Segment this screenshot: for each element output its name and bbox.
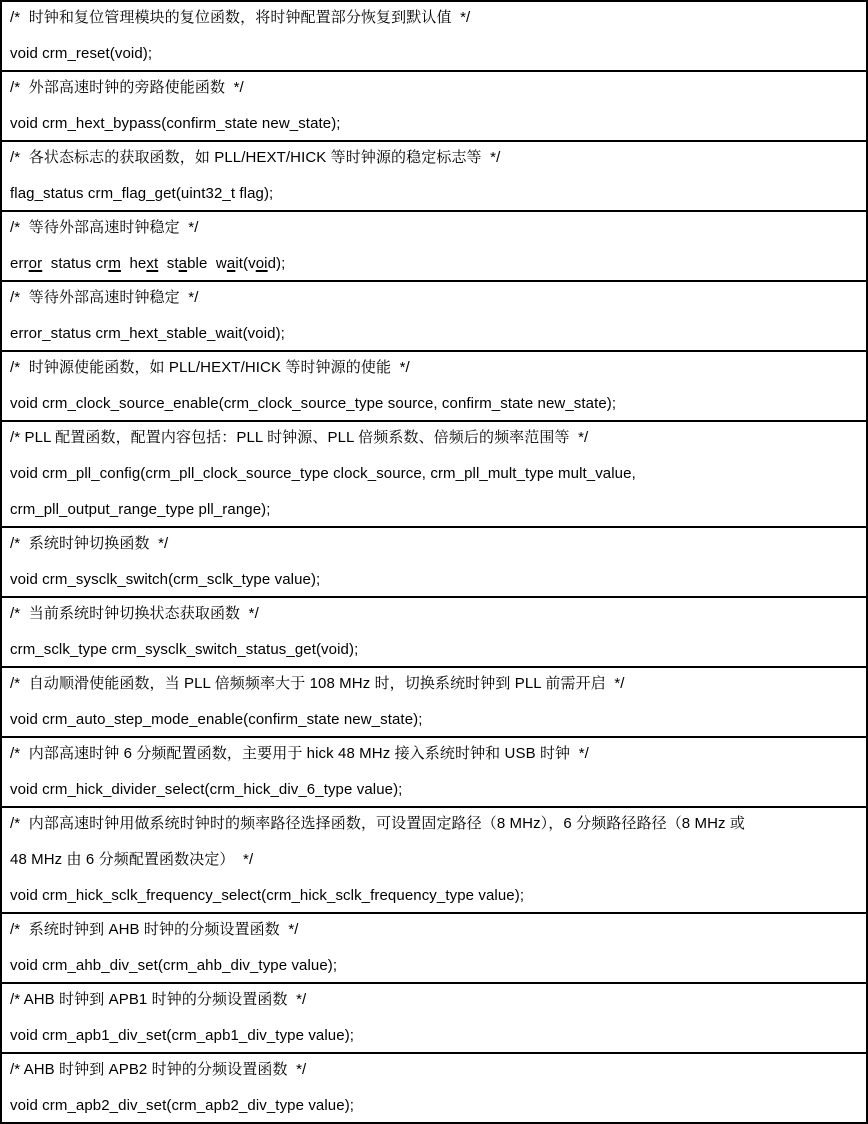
text-segment: void crm_auto_step_mode_enable(confirm_s… — [10, 711, 423, 728]
table-row: /* 等待外部高速时钟稳定 */error_status crm_hext_st… — [2, 280, 866, 350]
table-row: /* 等待外部高速时钟稳定 */error status crm hext st… — [2, 210, 866, 280]
text-segment: /* 等待外部高速时钟稳定 */ — [10, 219, 198, 236]
code-line: void crm_hext_bypass(confirm_state new_s… — [10, 114, 857, 133]
code-line: void crm_hick_divider_select(crm_hick_di… — [10, 780, 857, 799]
code-line: void crm_hick_sclk_frequency_select(crm_… — [10, 886, 857, 905]
code-line: error status crm hext stable wait(void); — [10, 254, 857, 273]
table-row: /* 系统时钟切换函数 */void crm_sysclk_switch(crm… — [2, 526, 866, 596]
text-segment: status cr — [42, 255, 108, 272]
text-segment: void crm_reset(void); — [10, 45, 152, 62]
text-segment: /* 内部高速时钟用做系统时钟时的频率路径选择函数，可设置固定路径（8 MHz）… — [10, 815, 745, 832]
text-segment: crm_sclk_type crm_sysclk_switch_status_g… — [10, 641, 358, 658]
text-segment: /* 内部高速时钟 6 分频配置函数，主要用于 hick 48 MHz 接入系统… — [10, 745, 589, 762]
table-row: /* 时钟源使能函数，如 PLL/HEXT/HICK 等时钟源的使能 */voi… — [2, 350, 866, 420]
comment-line: /* 时钟源使能函数，如 PLL/HEXT/HICK 等时钟源的使能 */ — [10, 358, 857, 377]
text-segment: void crm_apb2_div_set(crm_apb2_div_type … — [10, 1097, 354, 1114]
function-reference-table: /* 时钟和复位管理模块的复位函数，将时钟配置部分恢复到默认值 */void c… — [2, 2, 866, 1122]
table-row: /* 当前系统时钟切换状态获取函数 */crm_sclk_type crm_sy… — [2, 596, 866, 666]
comment-line: /* AHB 时钟到 APB2 时钟的分频设置函数 */ — [10, 1060, 857, 1079]
text-segment: d); — [268, 255, 286, 272]
document-page: /* 时钟和复位管理模块的复位函数，将时钟配置部分恢复到默认值 */void c… — [0, 0, 868, 1124]
table-row: /* 各状态标志的获取函数，如 PLL/HEXT/HICK 等时钟源的稳定标志等… — [2, 140, 866, 210]
comment-line: /* PLL 配置函数，配置内容包括：PLL 时钟源、PLL 倍频系数、倍频后的… — [10, 428, 857, 447]
text-segment: it(v — [235, 255, 255, 272]
code-line: void crm_apb2_div_set(crm_apb2_div_type … — [10, 1096, 857, 1115]
code-line: void crm_apb1_div_set(crm_apb1_div_type … — [10, 1026, 857, 1045]
comment-line: /* AHB 时钟到 APB1 时钟的分频设置函数 */ — [10, 990, 857, 1009]
underlined-text: or — [29, 255, 43, 272]
text-segment: /* PLL 配置函数，配置内容包括：PLL 时钟源、PLL 倍频系数、倍频后的… — [10, 429, 588, 446]
comment-line: /* 系统时钟切换函数 */ — [10, 534, 857, 553]
underlined-text: xt — [146, 255, 158, 272]
table-row: /* 自动顺滑使能函数，当 PLL 倍频频率大于 108 MHz 时，切换系统时… — [2, 666, 866, 736]
text-segment: void crm_hext_bypass(confirm_state new_s… — [10, 115, 341, 132]
table-row: /* 内部高速时钟用做系统时钟时的频率路径选择函数，可设置固定路径（8 MHz）… — [2, 806, 866, 912]
text-segment: /* 外部高速时钟的旁路使能函数 */ — [10, 79, 244, 96]
underlined-text: m — [108, 255, 121, 272]
text-segment: /* AHB 时钟到 APB1 时钟的分频设置函数 */ — [10, 991, 306, 1008]
code-line: void crm_auto_step_mode_enable(confirm_s… — [10, 710, 857, 729]
text-segment: 48 MHz 由 6 分频配置函数决定） */ — [10, 851, 253, 868]
table-row: /* AHB 时钟到 APB2 时钟的分频设置函数 */void crm_apb… — [2, 1052, 866, 1122]
underlined-text: oi — [256, 255, 268, 272]
underlined-text: a — [179, 255, 187, 272]
comment-line: /* 外部高速时钟的旁路使能函数 */ — [10, 78, 857, 97]
text-segment: void crm_clock_source_enable(crm_clock_s… — [10, 395, 616, 412]
comment-line: /* 系统时钟到 AHB 时钟的分频设置函数 */ — [10, 920, 857, 939]
table-row: /* 外部高速时钟的旁路使能函数 */void crm_hext_bypass(… — [2, 70, 866, 140]
comment-line: /* 等待外部高速时钟稳定 */ — [10, 288, 857, 307]
text-segment: crm_pll_output_range_type pll_range); — [10, 501, 271, 518]
comment-line: /* 时钟和复位管理模块的复位函数，将时钟配置部分恢复到默认值 */ — [10, 8, 857, 27]
text-segment: void crm_ahb_div_set(crm_ahb_div_type va… — [10, 957, 337, 974]
comment-line: /* 当前系统时钟切换状态获取函数 */ — [10, 604, 857, 623]
table-row: /* PLL 配置函数，配置内容包括：PLL 时钟源、PLL 倍频系数、倍频后的… — [2, 420, 866, 526]
comment-line: /* 等待外部高速时钟稳定 */ — [10, 218, 857, 237]
code-line: void crm_pll_config(crm_pll_clock_source… — [10, 464, 857, 483]
text-segment: void crm_apb1_div_set(crm_apb1_div_type … — [10, 1027, 354, 1044]
text-segment: /* 自动顺滑使能函数，当 PLL 倍频频率大于 108 MHz 时，切换系统时… — [10, 675, 625, 692]
comment-line: /* 内部高速时钟用做系统时钟时的频率路径选择函数，可设置固定路径（8 MHz）… — [10, 814, 857, 833]
code-line: void crm_clock_source_enable(crm_clock_s… — [10, 394, 857, 413]
table-row: /* 系统时钟到 AHB 时钟的分频设置函数 */void crm_ahb_di… — [2, 912, 866, 982]
text-segment: /* 系统时钟切换函数 */ — [10, 535, 168, 552]
text-segment: st — [158, 255, 178, 272]
text-segment: void crm_pll_config(crm_pll_clock_source… — [10, 465, 636, 482]
text-segment: he — [121, 255, 146, 272]
text-segment: /* 当前系统时钟切换状态获取函数 */ — [10, 605, 259, 622]
comment-line: 48 MHz 由 6 分频配置函数决定） */ — [10, 850, 857, 869]
code-line: void crm_ahb_div_set(crm_ahb_div_type va… — [10, 956, 857, 975]
text-segment: /* 等待外部高速时钟稳定 */ — [10, 289, 198, 306]
text-segment: void crm_sysclk_switch(crm_sclk_type val… — [10, 571, 320, 588]
code-line: void crm_sysclk_switch(crm_sclk_type val… — [10, 570, 857, 589]
code-line: crm_pll_output_range_type pll_range); — [10, 500, 857, 519]
text-segment: err — [10, 255, 29, 272]
text-segment: /* AHB 时钟到 APB2 时钟的分频设置函数 */ — [10, 1061, 306, 1078]
text-segment: void crm_hick_sclk_frequency_select(crm_… — [10, 887, 524, 904]
code-line: error_status crm_hext_stable_wait(void); — [10, 324, 857, 343]
text-segment: /* 系统时钟到 AHB 时钟的分频设置函数 */ — [10, 921, 299, 938]
code-line: void crm_reset(void); — [10, 44, 857, 63]
comment-line: /* 内部高速时钟 6 分频配置函数，主要用于 hick 48 MHz 接入系统… — [10, 744, 857, 763]
table-row: /* AHB 时钟到 APB1 时钟的分频设置函数 */void crm_apb… — [2, 982, 866, 1052]
text-segment: /* 各状态标志的获取函数，如 PLL/HEXT/HICK 等时钟源的稳定标志等… — [10, 149, 500, 166]
comment-line: /* 各状态标志的获取函数，如 PLL/HEXT/HICK 等时钟源的稳定标志等… — [10, 148, 857, 167]
text-segment: /* 时钟和复位管理模块的复位函数，将时钟配置部分恢复到默认值 */ — [10, 9, 470, 26]
text-segment: ble w — [187, 255, 227, 272]
text-segment: /* 时钟源使能函数，如 PLL/HEXT/HICK 等时钟源的使能 */ — [10, 359, 410, 376]
code-line: flag_status crm_flag_get(uint32_t flag); — [10, 184, 857, 203]
text-segment: void crm_hick_divider_select(crm_hick_di… — [10, 781, 402, 798]
table-row: /* 时钟和复位管理模块的复位函数，将时钟配置部分恢复到默认值 */void c… — [2, 2, 866, 70]
code-line: crm_sclk_type crm_sysclk_switch_status_g… — [10, 640, 857, 659]
comment-line: /* 自动顺滑使能函数，当 PLL 倍频频率大于 108 MHz 时，切换系统时… — [10, 674, 857, 693]
text-segment: flag_status crm_flag_get(uint32_t flag); — [10, 185, 273, 202]
table-row: /* 内部高速时钟 6 分频配置函数，主要用于 hick 48 MHz 接入系统… — [2, 736, 866, 806]
text-segment: error_status crm_hext_stable_wait(void); — [10, 325, 285, 342]
